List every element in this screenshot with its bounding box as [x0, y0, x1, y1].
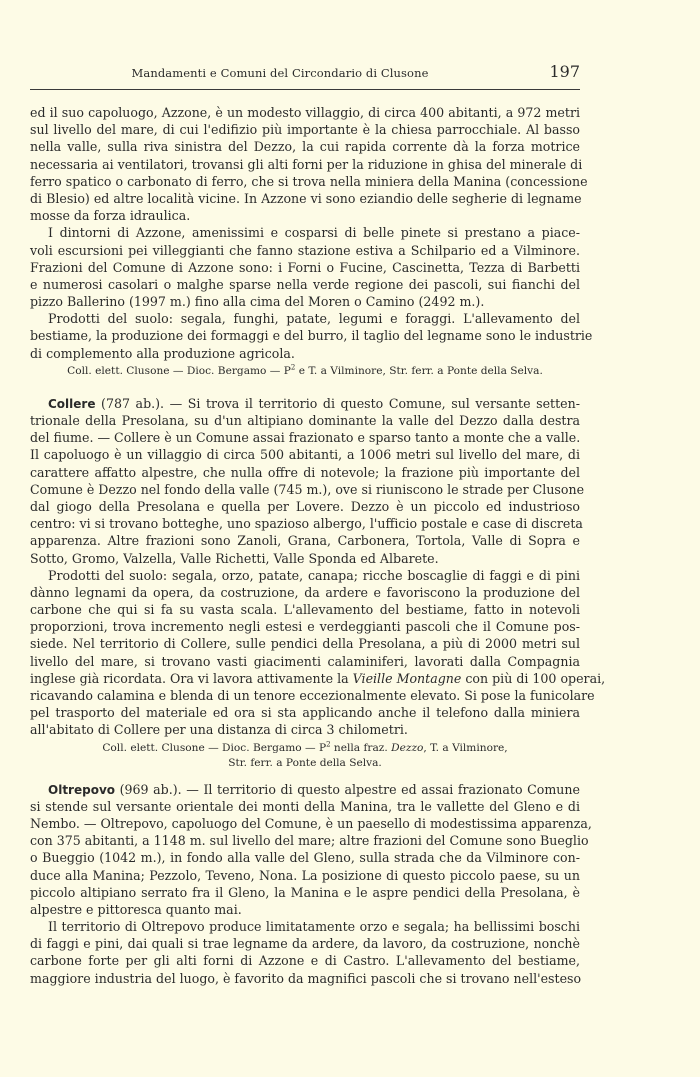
text-line: I dintorni di Azzone, amenissimi e cospa…	[30, 224, 580, 241]
text-line: duce alla Manina; Pezzolo, Teveno, Nona.…	[30, 867, 580, 884]
collere-admin-note: Coll. elett. Clusone — Dioc. Bergamo — P…	[30, 741, 580, 771]
text-line: Oltrepovo (969 ab.). — Il territorio di …	[30, 781, 580, 798]
text-line: maggiore industria del luogo, è favorito…	[30, 970, 580, 987]
header-rule	[30, 89, 580, 90]
entry-oltrepovo: Oltrepovo (969 ab.). — Il territorio di …	[30, 781, 580, 987]
text-line: voli escursioni pei villeggianti che fan…	[30, 242, 580, 259]
text-line: pizzo Ballerino (1997 m.) fino alla cima…	[30, 293, 580, 310]
text-line: ferro spatico o carbonato di ferro, che …	[30, 173, 580, 190]
text-line: di Blesio) ed altre località vicine. In …	[30, 190, 580, 207]
running-head: Mandamenti e Comuni del Circondario di C…	[30, 62, 580, 82]
entry-heading: Collere	[48, 397, 95, 411]
text-line: proporzioni, trova incremento negli este…	[30, 618, 580, 635]
text-line: Il territorio di Oltrepovo produce limit…	[30, 918, 580, 935]
text-line: centro: vi si trovano botteghe, uno spaz…	[30, 515, 580, 532]
entry-heading: Oltrepovo	[48, 783, 115, 797]
text-line: apparenza. Altre frazioni sono Zanoli, G…	[30, 532, 580, 549]
text-line: carattere affatto alpestre, che nulla of…	[30, 464, 580, 481]
text-line: carbone forte per gli alti forni di Azzo…	[30, 952, 580, 969]
text-line: e numerosi casolari o malghe sparse nell…	[30, 276, 580, 293]
text-line: trionale della Presolana, su d'un altipi…	[30, 412, 580, 429]
body-text: ed il suo capoluogo, Azzone, è un modest…	[30, 104, 580, 987]
text-line: livello del mare, si trovano vasti giaci…	[30, 653, 580, 670]
text-line: Sotto, Gromo, Valzella, Valle Richetti, …	[30, 550, 580, 567]
running-title: Mandamenti e Comuni del Circondario di C…	[30, 66, 530, 80]
text-line: Frazioni del Comune di Azzone sono: i Fo…	[30, 259, 580, 276]
text-line: mosse da forza idraulica.	[30, 207, 580, 224]
text-line: inglese già ricordata. Ora vi lavora att…	[30, 670, 580, 687]
azzone-admin-note: Coll. elett. Clusone — Dioc. Bergamo — P…	[30, 364, 580, 379]
text-line: dànno legnami da opera, da costruzione, …	[30, 584, 580, 601]
text-line: Prodotti del suolo: segala, funghi, pata…	[30, 310, 580, 327]
text-line: piccolo altipiano serrato fra il Gleno, …	[30, 884, 580, 901]
paragraph-azzone-products: Prodotti del suolo: segala, funghi, pata…	[30, 310, 580, 362]
text-line: di faggi e pini, dai quali si trae legna…	[30, 935, 580, 952]
text-line: Il capoluogo è un villaggio di circa 500…	[30, 446, 580, 463]
text-line: carbone che qui si fa su vasta scala. L'…	[30, 601, 580, 618]
text-line: Collere (787 ab.). — Si trova il territo…	[30, 395, 580, 412]
paragraph-azzone-surroundings: I dintorni di Azzone, amenissimi e cospa…	[30, 224, 580, 310]
text-line: o Bueggio (1042 m.), in fondo alla valle…	[30, 849, 580, 866]
text-line: ed il suo capoluogo, Azzone, è un modest…	[30, 104, 580, 121]
text-line: all'abitato di Collere per una distanza …	[30, 721, 580, 738]
text-line: dal giogo della Presolana e quella per L…	[30, 498, 580, 515]
text-line: alpestre e pittoresca quanto mai.	[30, 901, 580, 918]
paragraph-azzone-description: ed il suo capoluogo, Azzone, è un modest…	[30, 104, 580, 224]
text-line: bestiame, la produzione dei formaggi e d…	[30, 327, 580, 344]
text-line: si stende sul versante orientale dei mon…	[30, 798, 580, 815]
text-line: necessaria ai ventilatori, trovansi gli …	[30, 156, 580, 173]
text-line: pel trasporto del materiale ed ora si st…	[30, 704, 580, 721]
text-line: Comune è Dezzo nel fondo della valle (74…	[30, 481, 580, 498]
entry-collere: Collere (787 ab.). — Si trova il territo…	[30, 395, 580, 739]
text-line: Nembo. — Oltrepovo, capoluogo del Comune…	[30, 815, 580, 832]
text-line: nella valle, sulla riva sinistra del Dez…	[30, 138, 580, 155]
company-name: Vieille Montagne	[353, 671, 462, 686]
text-line: sul livello del mare, di cui l'edifizio …	[30, 121, 580, 138]
text-line: del fiume. — Collere è un Comune assai f…	[30, 429, 580, 446]
text-line: Prodotti del suolo: segala, orzo, patate…	[30, 567, 580, 584]
text-line: con 375 abitanti, a 1148 m. sul livello …	[30, 832, 580, 849]
text-line: ricavando calamina e blenda di un tenore…	[30, 687, 580, 704]
text-line: siede. Nel territorio di Collere, sulle …	[30, 635, 580, 652]
text-line: di complemento alla produzione agricola.	[30, 345, 580, 362]
page-number: 197	[549, 62, 580, 81]
